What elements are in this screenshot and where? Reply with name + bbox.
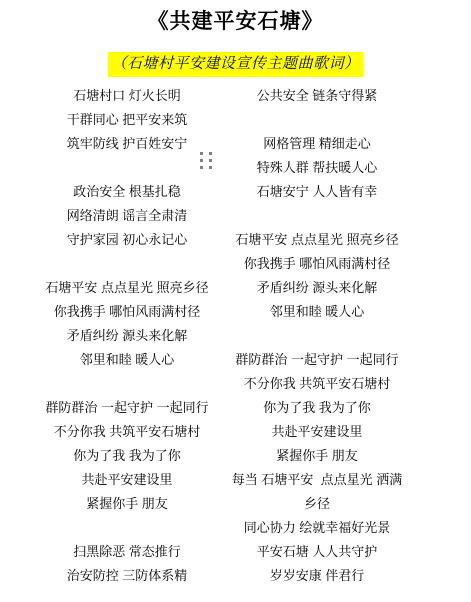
lyric-line: 群防群治 一起守护 一起同行 <box>207 348 427 372</box>
lyric-line: 邻里和睦 暖人心 <box>17 348 237 372</box>
lyric-line: 每当 石塘平安 点点星光 洒满 <box>207 468 427 492</box>
lyric-line: 矛盾纠纷 源头来化解 <box>207 276 427 300</box>
lyric-line: 你为了我 我为了你 <box>207 396 427 420</box>
lyric-line: 石塘平安 点点星光 照亮乡径 <box>207 228 427 252</box>
lyric-line: 网络清朗 谣言全肃清 <box>17 204 237 228</box>
lyric-line: 你为了我 我为了你 <box>17 444 237 468</box>
lyrics-column-right: 公共安全 链条守得紧 网格管理 精细走心特殊人群 帮扶暖人心石塘安宁 人人皆有幸… <box>207 84 427 588</box>
lyric-line: 干群同心 把平安来筑 <box>17 108 237 132</box>
lyric-line: 治安防控 三防体系精 <box>17 564 237 588</box>
lyric-line: 矛盾纠纷 源头来化解 <box>17 324 237 348</box>
lyric-line: 紧握你手 朋友 <box>207 444 427 468</box>
lyric-line: 乡径 <box>207 492 427 516</box>
lyric-line: 网格管理 精细走心 <box>207 132 427 156</box>
lyric-line: 特殊人群 帮扶暖人心 <box>207 156 427 180</box>
lyric-line: 邻里和睦 暖人心 <box>207 300 427 324</box>
lyric-line: 紧握你手 朋友 <box>17 492 237 516</box>
blank-line <box>17 516 237 540</box>
blank-line <box>207 204 427 228</box>
lyric-line: 石塘平安 点点星光 照亮乡径 <box>17 276 237 300</box>
lyric-line: 同心协力 绘就幸福好光景 <box>207 516 427 540</box>
page-title: 《共建平安石塘》 <box>0 6 471 36</box>
lyric-line: 你我携手 哪怕风雨满村径 <box>207 252 427 276</box>
lyric-line: 共赴平安建设里 <box>207 420 427 444</box>
document-page: 《共建平安石塘》 （石塘村平安建设宣传主题曲歌词） 石塘村口 灯火长明干群同心 … <box>0 0 471 602</box>
lyric-line: 政治安全 根基扎稳 <box>17 180 237 204</box>
lyric-line: 扫黑除恶 常态推行 <box>17 540 237 564</box>
lyric-line: 平安石塘 人人共守护 <box>207 540 427 564</box>
blank-line <box>17 252 237 276</box>
subtitle-highlight: （石塘村平安建设宣传主题曲歌词） <box>108 52 362 77</box>
lyric-line: 公共安全 链条守得紧 <box>207 84 427 108</box>
blank-line <box>207 324 427 348</box>
subtitle-row: （石塘村平安建设宣传主题曲歌词） <box>0 52 471 77</box>
blank-line <box>207 108 427 132</box>
drag-handle-icon[interactable] <box>200 152 213 170</box>
lyric-line: 不分你我 共筑平安石塘村 <box>17 420 237 444</box>
lyric-line: 石塘村口 灯火长明 <box>17 84 237 108</box>
lyric-line: 你我携手 哪怕风雨满村径 <box>17 300 237 324</box>
lyric-line: 共赴平安建设里 <box>17 468 237 492</box>
lyric-line: 石塘安宁 人人皆有幸 <box>207 180 427 204</box>
lyric-line: 群防群治 一起守护 一起同行 <box>17 396 237 420</box>
lyric-line: 不分你我 共筑平安石塘村 <box>207 372 427 396</box>
lyric-line: 岁岁安康 伴君行 <box>207 564 427 588</box>
blank-line <box>17 372 237 396</box>
lyric-line: 守护家园 初心永记心 <box>17 228 237 252</box>
